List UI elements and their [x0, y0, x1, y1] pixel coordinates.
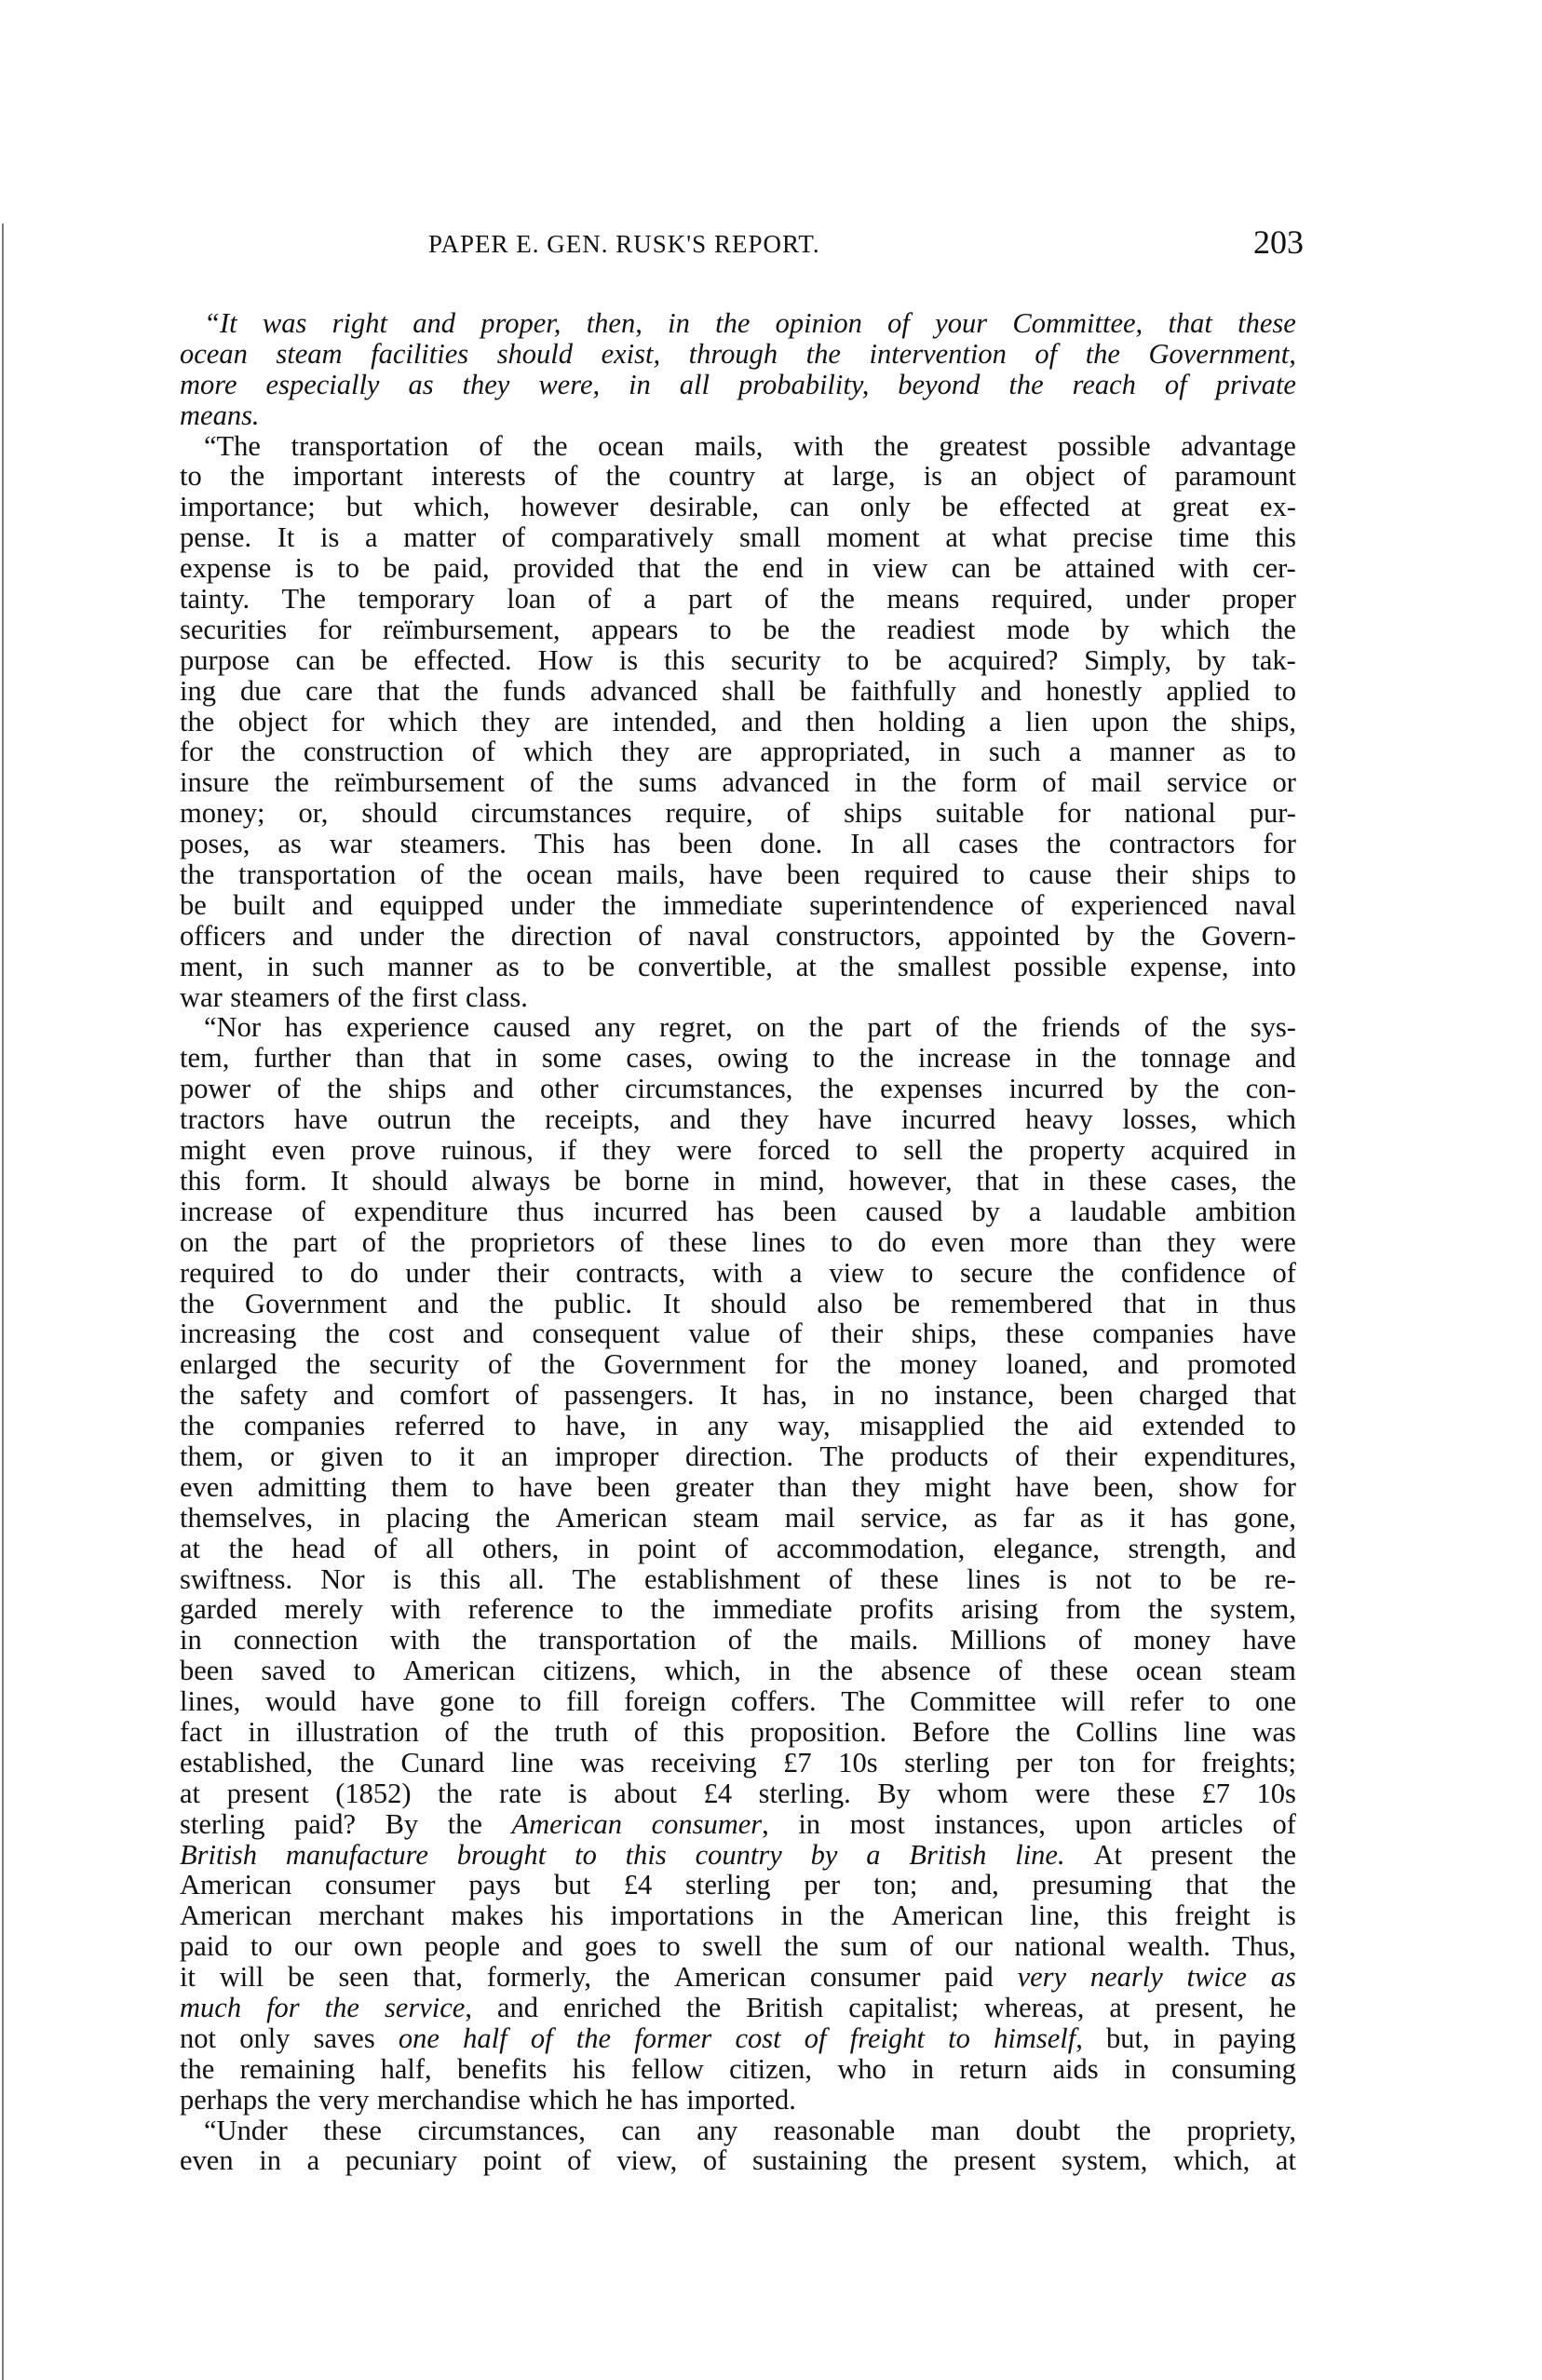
word: rate [499, 1778, 542, 1809]
word: by [971, 1197, 1000, 1227]
word: greatest [939, 431, 1027, 462]
word: merchant [318, 1900, 424, 1931]
text-line: perhapstheverymerchandisewhichhehasimpor… [180, 2085, 1296, 2116]
word: into [1251, 952, 1295, 982]
word: the [1262, 1166, 1296, 1197]
word: a [1029, 1197, 1042, 1227]
text-line: eveninapecuniarypointofview,ofsustaining… [180, 2145, 1296, 2176]
word: have [818, 1104, 872, 1135]
word: that [428, 1043, 471, 1074]
word: the [1192, 1012, 1226, 1043]
word: proper, [480, 308, 561, 339]
word: such [312, 952, 364, 982]
word: class. [466, 982, 528, 1013]
word: ing [180, 676, 216, 707]
word: and [497, 1993, 538, 2023]
word: secure [960, 1258, 1033, 1289]
word: loaned, [1006, 1349, 1089, 1380]
word: of [1272, 1809, 1295, 1840]
word: of [530, 767, 553, 798]
word: citizen, [729, 2054, 812, 2085]
word: show [1179, 1472, 1238, 1503]
word: steam [1230, 1656, 1296, 1686]
word: garded [180, 1594, 257, 1625]
word: from [1065, 1594, 1120, 1625]
word: the [686, 1993, 721, 2023]
text-line: officersandunderthedirectionofnavalconst… [180, 921, 1296, 952]
text-line: theobjectforwhichtheyareintended,andthen… [180, 707, 1296, 737]
word: on [180, 1227, 209, 1258]
word: be [361, 645, 388, 676]
word: ex- [1260, 492, 1296, 522]
word: due [240, 676, 281, 707]
text-line: paidtoourownpeopleandgoestoswellthesumof… [180, 1931, 1296, 1962]
word: however [521, 492, 618, 522]
word: contractors [1109, 829, 1236, 859]
word: The [573, 1564, 616, 1595]
word: companies [244, 1411, 365, 1441]
word: £4 [704, 1778, 733, 1809]
word: be [1014, 553, 1041, 584]
text-line: “Itwasrightandproper,then,intheopinionof… [180, 308, 1296, 339]
word: merely [284, 1594, 363, 1625]
word: appears [591, 615, 678, 645]
word: present [227, 1778, 309, 1809]
word: the [1116, 2116, 1151, 2146]
word: by [1086, 921, 1115, 952]
word: the [1015, 1717, 1049, 1748]
word: for [1263, 829, 1296, 859]
word: and [1255, 1043, 1296, 1074]
word: acquired [1151, 1135, 1249, 1166]
word: pecuniary [345, 2145, 457, 2176]
word: expenses [880, 1074, 982, 1104]
word: means [886, 584, 959, 615]
word: opinion [776, 308, 862, 339]
word: to [948, 2023, 970, 2054]
word: given [320, 1441, 384, 1472]
word: and [521, 1931, 562, 1962]
word: with [712, 1258, 763, 1289]
word: others, [482, 1534, 559, 1564]
word: ships [1192, 859, 1251, 890]
word: transportation [238, 859, 396, 890]
text-line: “Norhasexperiencecausedanyregret,onthepa… [180, 1012, 1296, 1043]
word: equipped [380, 890, 484, 921]
word: consumer [325, 1870, 436, 1900]
word: by [811, 1840, 838, 1871]
word: mail [1091, 767, 1142, 798]
text-line: purposecanbeeffected.Howisthissecurityto… [180, 645, 1296, 676]
word: a [790, 1258, 803, 1289]
word: value [688, 1318, 750, 1349]
word: of [1144, 1012, 1168, 1043]
word: of [420, 859, 443, 890]
word: steam [276, 339, 342, 370]
word: aids [1053, 2054, 1099, 2085]
word: honestly [1046, 676, 1142, 707]
word: sums [639, 767, 697, 798]
word: is [295, 553, 314, 584]
word: of [805, 2023, 827, 2054]
word: capitalist; [848, 1993, 959, 2023]
word: people [425, 1931, 500, 1962]
word: under [359, 921, 424, 952]
word: which [1160, 615, 1230, 645]
word: superintendence [809, 890, 994, 921]
word: as [1271, 1962, 1296, 1993]
word: swell [702, 1931, 762, 1962]
word: been, [1093, 1472, 1154, 1503]
word: poses, [180, 829, 250, 859]
text-line: factinillustrationofthetruthofthispropos… [180, 1717, 1296, 1748]
word: service, [385, 1993, 472, 2023]
word: the [783, 1625, 818, 1656]
word: is [1278, 1900, 1296, 1931]
word: provided [513, 553, 614, 584]
word: and [417, 1289, 458, 1319]
word: the [893, 2145, 927, 2176]
word: lines, [180, 1686, 240, 1717]
word: always [471, 1166, 550, 1197]
word: attained [1065, 553, 1156, 584]
word: in [1173, 2023, 1196, 2054]
word: part [688, 584, 732, 615]
word: any [708, 1411, 749, 1441]
word: mails, [616, 859, 685, 890]
word: this [1255, 522, 1296, 553]
word: mind, [759, 1166, 824, 1197]
word: the [472, 1625, 507, 1656]
text-line: bebuiltandequippedundertheimmediatesuper… [180, 890, 1296, 921]
word: can [952, 553, 991, 584]
word: by [1129, 1074, 1158, 1104]
word: British [746, 1993, 823, 2023]
word: at [1121, 492, 1142, 522]
word: of [638, 921, 661, 952]
word: and [741, 707, 782, 737]
text-line: increaseofexpenditurethusincurredhasbeen… [180, 1197, 1296, 1227]
word: paid? [294, 1809, 356, 1840]
word: return [959, 2054, 1027, 2085]
word: an [970, 461, 997, 492]
word: the [467, 859, 502, 890]
word: can [790, 492, 829, 522]
word: that [1185, 1870, 1228, 1900]
word: of [935, 1012, 958, 1043]
word: circumstances, [625, 1074, 792, 1104]
word: ton; [873, 1870, 917, 1900]
word: placing [386, 1503, 470, 1534]
word: the [615, 1962, 650, 1993]
word: remaining [240, 2054, 356, 2085]
word: improper [555, 1441, 659, 1472]
word: expenditure [354, 1197, 488, 1227]
word: on [756, 1012, 785, 1043]
word: caused [494, 1012, 571, 1043]
word: ocean [598, 431, 664, 462]
word: foreign [624, 1686, 706, 1717]
word: companies [1092, 1318, 1213, 1349]
word: way, [778, 1411, 830, 1441]
word: sterling. [759, 1778, 851, 1809]
word: the [325, 1993, 359, 2023]
word: present, [1155, 1993, 1244, 2023]
word: the [809, 1012, 844, 1043]
word: do [878, 1227, 907, 1258]
word: a [365, 522, 378, 553]
word: instance, [934, 1380, 1035, 1411]
word: have [361, 1686, 415, 1717]
word: our [294, 1931, 332, 1962]
word: point [638, 1534, 697, 1564]
word: but, [1106, 2023, 1150, 2054]
word: service, [860, 1503, 948, 1534]
word: receipts, [545, 1104, 640, 1135]
word: is [393, 1564, 412, 1595]
word: reïmbursement, [383, 615, 561, 645]
word: the [859, 1043, 894, 1074]
word: American [556, 1503, 668, 1534]
word: it [459, 1441, 475, 1472]
word: themselves, [180, 1503, 313, 1534]
word: then, [587, 308, 642, 339]
word: been [679, 829, 733, 859]
word: with [793, 431, 844, 462]
text-line: increasingthecostandconsequentvalueofthe… [180, 1318, 1296, 1349]
word: in [939, 737, 961, 767]
word: view, [616, 2145, 677, 2176]
word: confidence [1121, 1258, 1246, 1289]
word: to [575, 1840, 597, 1871]
word: should [497, 339, 573, 370]
word: increase [918, 1043, 1011, 1074]
word: laudable [1070, 1197, 1166, 1227]
word: expenditures, [1144, 1441, 1296, 1472]
word: at [945, 522, 966, 553]
text-line: thesafetyandcomfortofpassengers.Ithas,in… [180, 1380, 1296, 1411]
word: merchandise [377, 2085, 521, 2116]
word: the [305, 1349, 340, 1380]
word: experience [346, 1012, 469, 1043]
word: line [511, 1748, 554, 1778]
text-line: evenadmittingthemtohavebeengreaterthanth… [180, 1472, 1296, 1503]
text-line: Britishmanufacturebroughttothiscountryby… [180, 1840, 1296, 1871]
word: passengers. [564, 1380, 695, 1411]
word: Committee [910, 1686, 1036, 1717]
word: saved [261, 1656, 325, 1686]
word: will [220, 1962, 264, 1993]
word: paying [1219, 2023, 1296, 2054]
word: illustration [296, 1717, 419, 1748]
word: even [180, 2145, 234, 2176]
word: loan [507, 584, 556, 615]
word: exist, [602, 339, 661, 370]
word: the [450, 921, 484, 952]
word: ships, [1231, 707, 1296, 737]
word: convertible, [638, 952, 773, 982]
word: that [976, 1166, 1019, 1197]
word: of [1021, 890, 1044, 921]
word: At [1093, 1840, 1122, 1871]
word: might [925, 1472, 991, 1503]
scan-edge-line [2, 223, 4, 2380]
word: former [634, 2023, 711, 2054]
word: in [1274, 1135, 1296, 1166]
word: incurred [901, 1104, 996, 1135]
word: incurred [593, 1197, 688, 1227]
word: fact [180, 1717, 223, 1748]
word: point [483, 2145, 542, 2176]
word: is [924, 461, 942, 492]
word: in [588, 1534, 610, 1564]
word: war [330, 829, 372, 859]
text-line: securitiesforreïmbursement,appearstobeth… [180, 615, 1296, 645]
word: manner [387, 952, 472, 982]
word: of [567, 2145, 590, 2176]
word: to [354, 1656, 376, 1686]
word: for [331, 707, 365, 737]
text-line: sterlingpaid?BytheAmericanconsumer,inmos… [180, 1809, 1296, 1840]
word: the [327, 1074, 361, 1104]
word: they [463, 370, 510, 400]
word: the [819, 1074, 854, 1104]
word: but [346, 492, 383, 522]
word: of [787, 798, 810, 829]
text-line: thisform.Itshouldalwaysbeborneinmind,how… [180, 1166, 1296, 1197]
word: lien [1025, 707, 1068, 737]
word: they [602, 1135, 652, 1166]
word: however, [848, 1166, 952, 1197]
text-line: themselves,inplacingtheAmericansteammail… [180, 1503, 1296, 1534]
word: reasonable [774, 2116, 895, 2146]
text-line: enlargedthesecurityoftheGovernmentforthe… [180, 1349, 1296, 1380]
word: of [502, 522, 525, 553]
word: effected [999, 492, 1090, 522]
word: refer [1129, 1686, 1184, 1717]
word: fill [566, 1686, 600, 1717]
text-line: fortheconstructionofwhichtheyareappropri… [180, 737, 1296, 767]
word: the [821, 615, 856, 645]
word: who [837, 2054, 886, 2085]
word: has, [763, 1380, 807, 1411]
word: of [1015, 1441, 1038, 1472]
word: the [495, 1503, 530, 1534]
word: all [902, 829, 931, 859]
word: war [180, 982, 223, 1013]
word: desirable, [649, 492, 759, 522]
word: through [689, 339, 778, 370]
running-head: PAPER E. GEN. RUSK'S REPORT. [428, 227, 820, 261]
word: as [277, 829, 301, 859]
word: at [180, 1534, 200, 1564]
word: gone, [1234, 1503, 1296, 1534]
word: the [1262, 1840, 1296, 1871]
word: American [180, 1900, 291, 1931]
word: that [377, 676, 420, 707]
word: done. [760, 829, 822, 859]
word: the [1086, 339, 1120, 370]
word: require, [666, 798, 753, 829]
word: the [325, 1318, 359, 1349]
word: advantage [1181, 431, 1296, 462]
word: and [333, 1380, 374, 1411]
word: probability, [738, 370, 869, 400]
word: which [529, 2085, 599, 2116]
word: the [651, 1594, 685, 1625]
word: £7 [783, 1748, 812, 1778]
word: the [830, 1900, 864, 1931]
word: much [180, 1993, 241, 2023]
word: line [1184, 1717, 1226, 1748]
word: it [180, 1962, 196, 1993]
word: accommodation, [777, 1534, 965, 1564]
word: paid, [434, 553, 490, 584]
word: system, [1062, 2145, 1147, 2176]
word: should [710, 1289, 786, 1319]
word: this [440, 1564, 480, 1595]
word: he [1269, 1993, 1296, 2023]
word: their [1116, 859, 1168, 890]
word: (1852) [335, 1778, 411, 1809]
word: their [831, 1318, 883, 1349]
word: tractors [180, 1104, 264, 1135]
word: these [1238, 308, 1296, 339]
word: ocean [526, 859, 592, 890]
text-line: muchfortheservice,andenrichedtheBritishc… [180, 1993, 1296, 2023]
word: doubt [1016, 2116, 1080, 2146]
word: sum [840, 1931, 887, 1962]
word: possible [1014, 952, 1107, 982]
word: that, [413, 1962, 463, 1993]
word: property [1029, 1135, 1125, 1166]
word: of [910, 1931, 933, 1962]
word: object [1025, 461, 1095, 492]
word: be [800, 676, 827, 707]
word: as [408, 370, 433, 400]
word: direction. [685, 1441, 793, 1472]
word: of [472, 737, 495, 767]
word: upon [1075, 1809, 1131, 1840]
word: pense. [180, 522, 251, 553]
word: line. [1015, 1840, 1064, 1871]
page-number: 203 [1253, 223, 1304, 261]
word: far [1023, 1503, 1055, 1534]
word: and [1255, 1534, 1296, 1564]
word: not [180, 2023, 216, 2054]
word: not [1095, 1564, 1131, 1595]
word: the [180, 1289, 214, 1319]
word: manner [1109, 737, 1194, 767]
word: might [180, 1135, 246, 1166]
word: the [230, 461, 264, 492]
word: consumer [810, 1962, 921, 1993]
word: of [338, 982, 361, 1013]
word: private [1216, 370, 1296, 400]
word: these [1049, 1656, 1108, 1686]
word: regret, [659, 1012, 733, 1043]
word: swiftness. [180, 1564, 292, 1595]
word: to [472, 1472, 494, 1503]
text-line: poweroftheshipsandothercircumstances,the… [180, 1074, 1296, 1104]
word: which, [413, 492, 490, 522]
word: half, [381, 2054, 432, 2085]
word: the [1014, 1411, 1048, 1441]
word: the [180, 1380, 214, 1411]
word: a [307, 2145, 320, 2176]
word: This [534, 829, 585, 859]
word: all [426, 1534, 454, 1564]
